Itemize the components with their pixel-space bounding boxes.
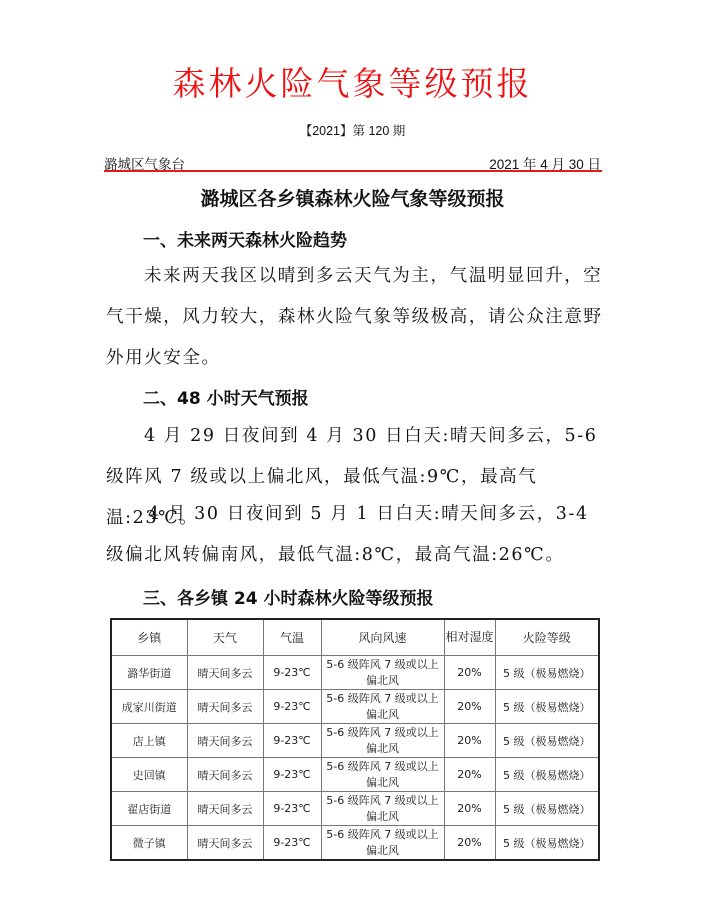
cell-weather: 晴天间多云 [187,724,263,758]
cell-weather: 晴天间多云 [187,826,263,861]
cell-town: 店上镇 [111,724,187,758]
cell-town: 翟店街道 [111,792,187,826]
header-weather: 天气 [187,619,263,656]
cell-wind: 5-6 级阵风 7 级或以上偏北风 [321,724,444,758]
fire-risk-table: 乡镇 天气 气温 风向风速 相对湿度 火险等级 潞华街道 晴天间多云 9-23℃… [110,618,600,861]
table-row: 微子镇 晴天间多云 9-23℃ 5-6 级阵风 7 级或以上偏北风 20% 5 … [111,826,599,861]
cell-humidity: 20% [444,690,495,724]
cell-wind: 5-6 级阵风 7 级或以上偏北风 [321,690,444,724]
cell-town: 成家川街道 [111,690,187,724]
cell-town: 潞华街道 [111,656,187,690]
cell-temp: 9-23℃ [263,826,321,861]
cell-wind: 5-6 级阵风 7 级或以上偏北风 [321,826,444,861]
cell-wind: 5-6 级阵风 7 级或以上偏北风 [321,758,444,792]
cell-wind: 5-6 级阵风 7 级或以上偏北风 [321,656,444,690]
table-row: 翟店街道 晴天间多云 9-23℃ 5-6 级阵风 7 级或以上偏北风 20% 5… [111,792,599,826]
header-town: 乡镇 [111,619,187,656]
paragraph-text: 未来两天我区以晴到多云天气为主，气温明显回升，空气干燥，风力较大，森林火险气象等… [106,266,603,368]
paragraph-trend: 未来两天我区以晴到多云天气为主，气温明显回升，空气干燥，风力较大，森林火险气象等… [106,256,606,379]
cell-level: 5 级（极易燃烧） [495,758,599,792]
section-heading-48h: 二、48 小时天气预报 [143,384,309,409]
cell-level: 5 级（极易燃烧） [495,826,599,861]
cell-temp: 9-23℃ [263,792,321,826]
cell-humidity: 20% [444,826,495,861]
cell-humidity: 20% [444,724,495,758]
header-wind: 风向风速 [321,619,444,656]
table-row: 史回镇 晴天间多云 9-23℃ 5-6 级阵风 7 级或以上偏北风 20% 5 … [111,758,599,792]
cell-level: 5 级（极易燃烧） [495,690,599,724]
red-divider [104,170,602,172]
cell-level: 5 级（极易燃烧） [495,792,599,826]
table-row: 店上镇 晴天间多云 9-23℃ 5-6 级阵风 7 级或以上偏北风 20% 5 … [111,724,599,758]
table-header-row: 乡镇 天气 气温 风向风速 相对湿度 火险等级 [111,619,599,656]
header-temp: 气温 [263,619,321,656]
cell-weather: 晴天间多云 [187,758,263,792]
paragraph-forecast-2: 4 月 30 日夜间到 5 月 1 日白天:晴天间多云，3-4 级偏北风转偏南风… [106,494,606,576]
cell-level: 5 级（极易燃烧） [495,724,599,758]
subtitle: 潞城区各乡镇森林火险气象等级预报 [0,184,705,211]
cell-weather: 晴天间多云 [187,656,263,690]
cell-town: 微子镇 [111,826,187,861]
paragraph-text: 4 月 30 日夜间到 5 月 1 日白天:晴天间多云，3-4 级偏北风转偏南风… [106,504,589,565]
cell-wind: 5-6 级阵风 7 级或以上偏北风 [321,792,444,826]
cell-weather: 晴天间多云 [187,792,263,826]
cell-town: 史回镇 [111,758,187,792]
issue-number: 【2021】第 120 期 [0,121,705,139]
document-title: 森林火险气象等级预报 [0,58,705,105]
section-heading-towns: 三、各乡镇 24 小时森林火险等级预报 [143,584,434,609]
cell-humidity: 20% [444,656,495,690]
table-row: 成家川街道 晴天间多云 9-23℃ 5-6 级阵风 7 级或以上偏北风 20% … [111,690,599,724]
cell-humidity: 20% [444,792,495,826]
cell-level: 5 级（极易燃烧） [495,656,599,690]
cell-temp: 9-23℃ [263,690,321,724]
cell-temp: 9-23℃ [263,724,321,758]
cell-humidity: 20% [444,758,495,792]
header-humidity: 相对湿度 [444,619,495,656]
section-heading-trend: 一、未来两天森林火险趋势 [143,226,347,251]
cell-temp: 9-23℃ [263,758,321,792]
cell-weather: 晴天间多云 [187,690,263,724]
table-row: 潞华街道 晴天间多云 9-23℃ 5-6 级阵风 7 级或以上偏北风 20% 5… [111,656,599,690]
header-level: 火险等级 [495,619,599,656]
cell-temp: 9-23℃ [263,656,321,690]
